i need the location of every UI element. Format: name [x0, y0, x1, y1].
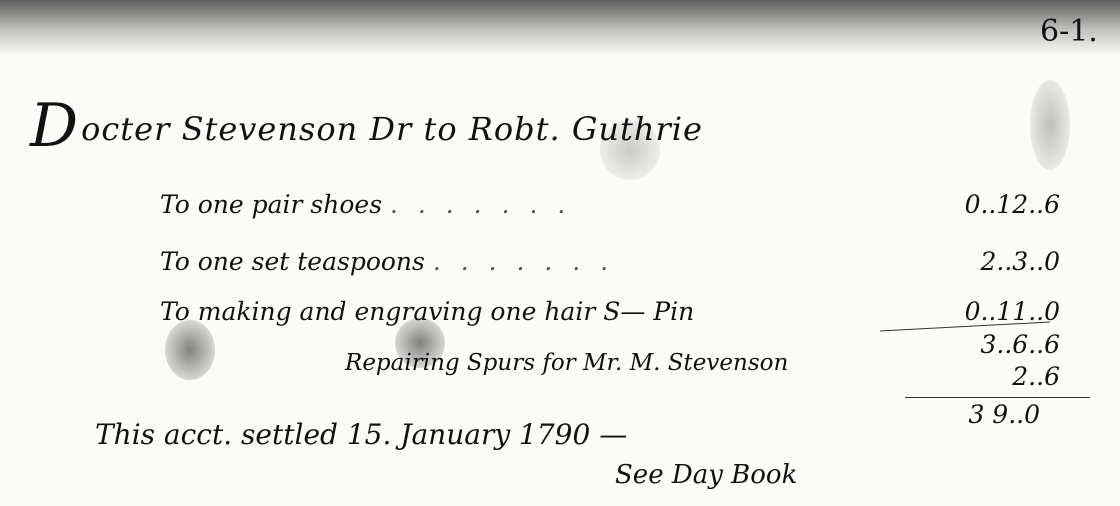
additional-line-description: Repairing Spurs for Mr. M. Stevenson: [345, 350, 788, 376]
line-item-description: To one set teaspoons . . . . . . .: [160, 247, 614, 276]
item-text: To one set teaspoons: [160, 247, 425, 276]
subtotal-amount: 3..6..6: [900, 330, 1060, 359]
item-text: To making and engraving one hair S— Pin: [160, 297, 694, 326]
dot-leader: . . . . . . .: [390, 190, 571, 219]
line-item-description: To making and engraving one hair S— Pin: [160, 297, 694, 326]
account-heading: Docter Stevenson Dr to Robt. Guthrie: [30, 96, 703, 156]
scanned-ledger-page: 6-1. Docter Stevenson Dr to Robt. Guthri…: [0, 0, 1120, 506]
total-rule: [905, 397, 1090, 398]
additional-line-amount: 2..6: [900, 362, 1060, 391]
total-amount: 3 9..0: [880, 400, 1040, 429]
line-item-description: To one pair shoes . . . . . . .: [160, 190, 571, 219]
settlement-note: This acct. settled 15. January 1790 —: [95, 418, 627, 451]
line-item-amount: 0..12..6: [900, 190, 1060, 219]
item-text: To one pair shoes: [160, 190, 382, 219]
ink-smudge: [1030, 80, 1070, 170]
ink-smudge: [165, 320, 215, 380]
heading-initial: D: [30, 91, 79, 161]
folio-number: 6-1.: [1040, 14, 1098, 49]
line-item-amount: 2..3..0: [900, 247, 1060, 276]
heading-text: octer Stevenson Dr to Robt. Guthrie: [81, 110, 703, 148]
scan-shadow-top: [0, 0, 1120, 55]
dot-leader: . . . . . . .: [433, 247, 614, 276]
reference-note: See Day Book: [615, 460, 797, 490]
